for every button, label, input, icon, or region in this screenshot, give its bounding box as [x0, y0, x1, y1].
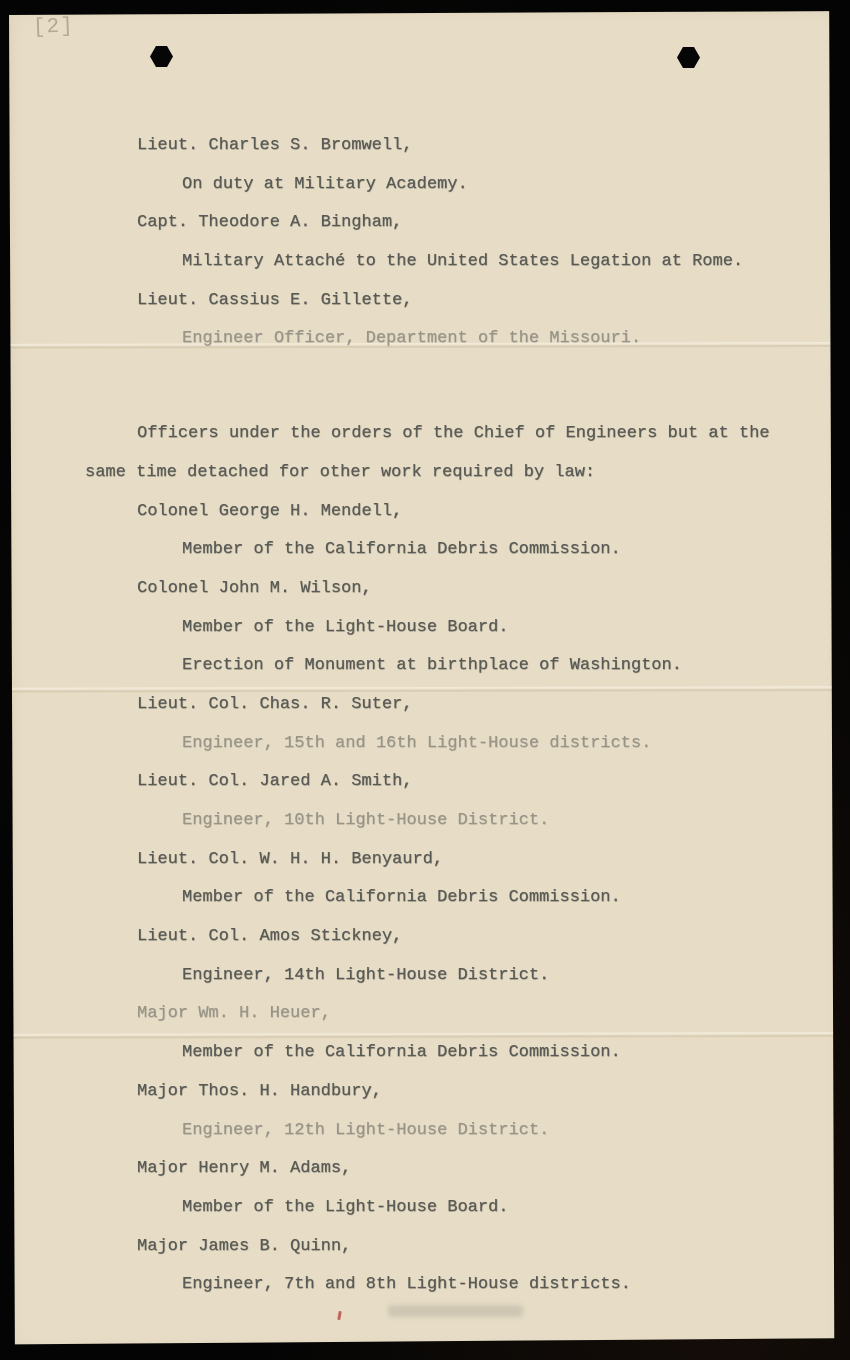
punch-hole-right — [677, 47, 700, 68]
typed-line: same time detached for other work requir… — [85, 454, 797, 493]
blank-line-gap — [85, 359, 797, 415]
typed-line: Major James B. Quinn, — [85, 1228, 797, 1267]
typed-line: Capt. Theodore A. Bingham, — [85, 204, 797, 243]
typed-line: Lieut. Charles S. Bromwell, — [85, 127, 797, 166]
photo-background: { "page": { "annotation_page_number": "[… — [0, 0, 850, 1360]
typed-line: Major Henry M. Adams, — [85, 1150, 797, 1189]
typed-line: Member of the Light-House Board. — [85, 609, 797, 648]
typed-line: Engineer, 12th Light-House District. — [85, 1112, 797, 1151]
typed-line: Member of the California Debris Commissi… — [85, 1034, 797, 1073]
typed-line: Military Attaché to the United States Le… — [85, 243, 797, 282]
typed-line: Officers under the orders of the Chief o… — [85, 415, 797, 454]
typed-line: On duty at Military Academy. — [85, 166, 797, 205]
typed-line: Engineer, 15th and 16th Light-House dist… — [85, 725, 797, 764]
punch-hole-left — [150, 46, 173, 67]
typed-line: Erection of Monument at birthplace of Wa… — [85, 647, 797, 686]
pencil-page-number: [2] — [33, 15, 75, 39]
typed-line: Lieut. Cassius E. Gillette, — [85, 282, 797, 321]
typed-line: Lieut. Col. Amos Stickney, — [85, 918, 797, 957]
red-ink-mark — [337, 1311, 342, 1320]
document-page: [2] Lieut. Charles S. Bromwell,On duty a… — [0, 0, 850, 1360]
typed-line: Lieut. Col. Chas. R. Suter, — [85, 686, 797, 725]
typed-line: Colonel George H. Mendell, — [85, 493, 797, 532]
typed-line: Colonel John M. Wilson, — [85, 570, 797, 609]
typed-line: Member of the California Debris Commissi… — [85, 879, 797, 918]
typed-text-block: Lieut. Charles S. Bromwell,On duty at Mi… — [85, 127, 797, 1305]
typed-line: Member of the Light-House Board. — [85, 1189, 797, 1228]
typed-line: Engineer, 10th Light-House District. — [85, 802, 797, 841]
typed-line: Engineer, 7th and 8th Light-House distri… — [85, 1266, 797, 1305]
typed-line: Engineer Officer, Department of the Miss… — [85, 320, 797, 359]
typed-line: Lieut. Col. Jared A. Smith, — [85, 763, 797, 802]
typed-line: Member of the California Debris Commissi… — [85, 531, 797, 570]
typed-line: Lieut. Col. W. H. H. Benyaurd, — [85, 841, 797, 880]
typed-line: Major Wm. H. Heuer, — [85, 995, 797, 1034]
erased-text-smudge — [388, 1305, 523, 1317]
typed-line: Engineer, 14th Light-House District. — [85, 957, 797, 996]
typed-line: Major Thos. H. Handbury, — [85, 1073, 797, 1112]
